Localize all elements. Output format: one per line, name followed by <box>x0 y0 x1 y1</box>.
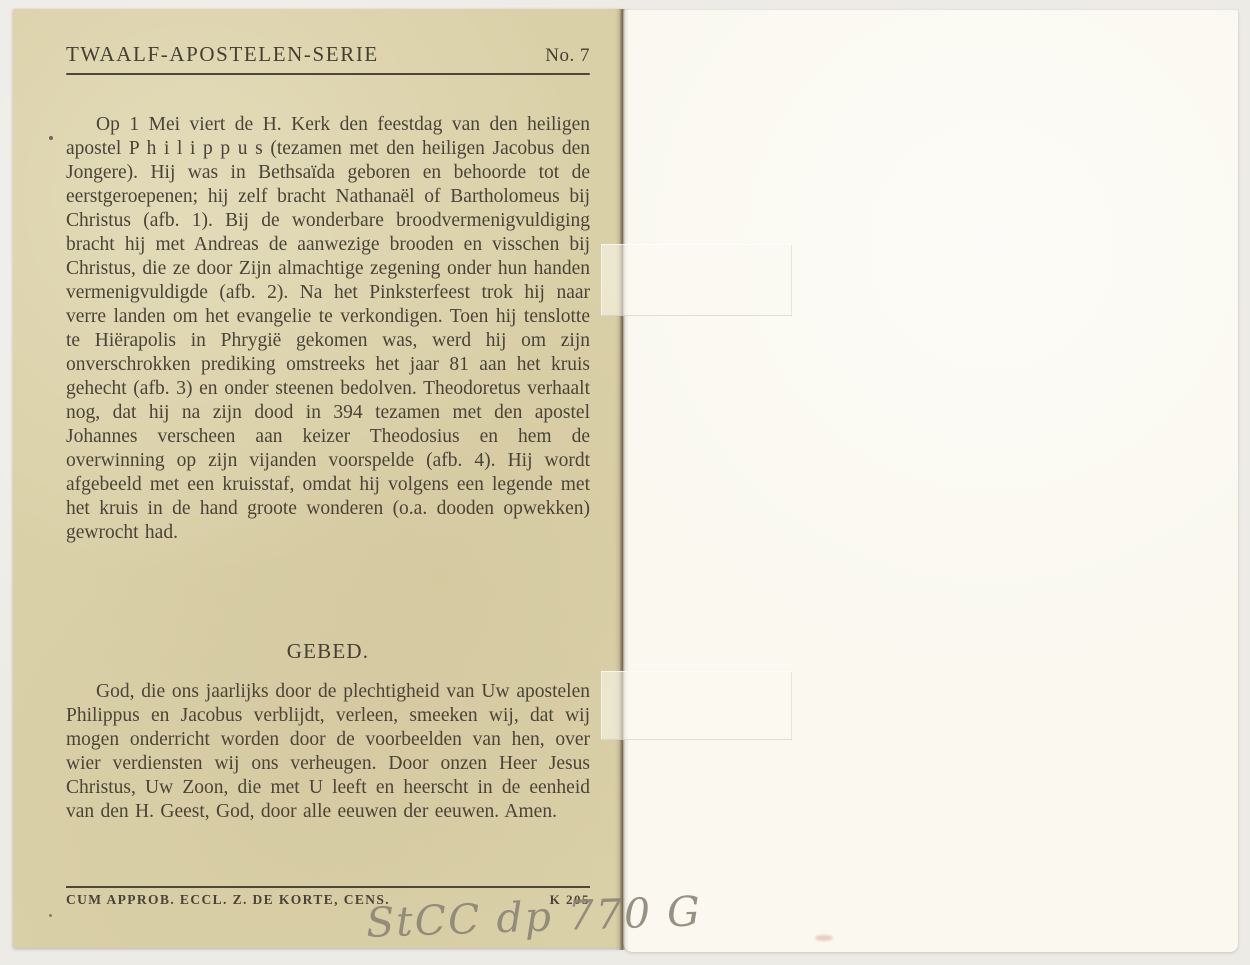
series-title: TWAALF-APOSTELEN-SERIE <box>66 42 379 67</box>
scan-speck <box>49 914 52 917</box>
prayer-paragraph: God, die ons jaarlijks door de plechtigh… <box>66 680 590 824</box>
header-rule <box>66 73 590 75</box>
biography-paragraph: Op 1 Mei viert de H. Kerk den feestdag v… <box>66 113 590 545</box>
tape-strip-bottom <box>601 671 792 740</box>
holy-card-text-side: TWAALF-APOSTELEN-SERIE No. 7 Op 1 Mei vi… <box>13 9 623 948</box>
card-header: TWAALF-APOSTELEN-SERIE No. 7 <box>66 42 590 67</box>
scan-speck <box>49 136 53 140</box>
blank-card-back <box>623 10 1238 952</box>
scan-background: TWAALF-APOSTELEN-SERIE No. 7 Op 1 Mei vi… <box>0 0 1250 965</box>
tape-strip-top <box>601 244 792 316</box>
card-number: No. 7 <box>545 45 590 67</box>
scan-smudge <box>815 935 833 941</box>
prayer-text-block: God, die ons jaarlijks door de plechtigh… <box>66 680 590 824</box>
imprimatur-line: CUM APPROB. ECCL. Z. DE KORTE, CENS. <box>66 892 390 908</box>
footer-rule <box>66 886 590 888</box>
prayer-heading: GEBED. <box>66 639 590 664</box>
biography-text-block: Op 1 Mei viert de H. Kerk den feestdag v… <box>66 113 590 545</box>
